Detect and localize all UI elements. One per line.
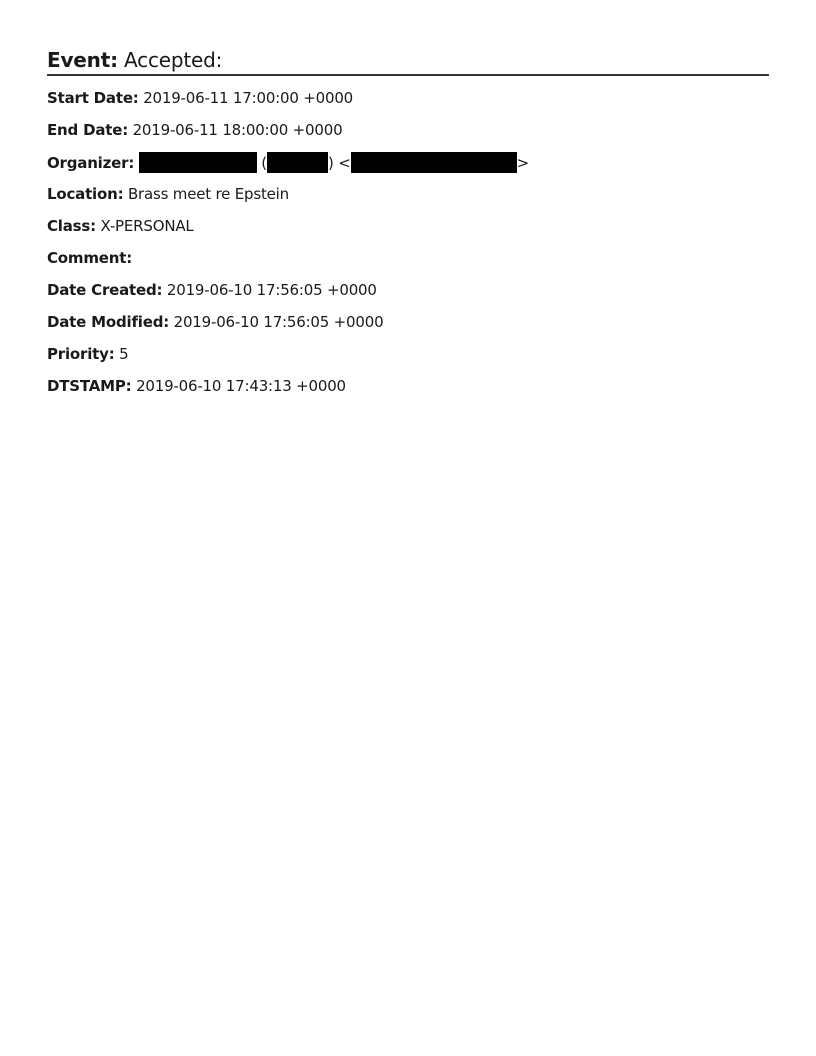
end-date-value: 2019-06-11 18:00:00 +0000 — [133, 121, 343, 139]
event-fields: Start Date: 2019-06-11 17:00:00 +0000 En… — [47, 88, 769, 408]
field-date-modified: Date Modified: 2019-06-10 17:56:05 +0000 — [47, 312, 769, 344]
field-organizer: Organizer: () <> — [47, 152, 769, 184]
end-date-label: End Date: — [47, 121, 128, 139]
priority-value: 5 — [119, 345, 128, 363]
organizer-label: Organizer: — [47, 154, 134, 172]
location-value: Brass meet re Epstein — [128, 185, 289, 203]
comment-label: Comment: — [47, 249, 132, 267]
class-label: Class: — [47, 217, 96, 235]
dtstamp-value: 2019-06-10 17:43:13 +0000 — [136, 377, 346, 395]
redacted-organizer-email — [351, 152, 517, 173]
field-dtstamp: DTSTAMP: 2019-06-10 17:43:13 +0000 — [47, 376, 769, 408]
start-date-value: 2019-06-11 17:00:00 +0000 — [143, 89, 353, 107]
field-priority: Priority: 5 — [47, 344, 769, 376]
date-modified-value: 2019-06-10 17:56:05 +0000 — [174, 313, 384, 331]
dtstamp-label: DTSTAMP: — [47, 377, 131, 395]
event-heading: Event: Accepted: — [47, 47, 769, 76]
event-value: Accepted: — [124, 48, 222, 72]
start-date-label: Start Date: — [47, 89, 139, 107]
event-document: Event: Accepted: Start Date: 2019-06-11 … — [47, 47, 769, 408]
redacted-organizer-name — [139, 152, 257, 173]
field-class: Class: X-PERSONAL — [47, 216, 769, 248]
redacted-organizer-alias — [267, 152, 328, 173]
class-value: X-PERSONAL — [101, 217, 194, 235]
date-created-label: Date Created: — [47, 281, 162, 299]
field-end-date: End Date: 2019-06-11 18:00:00 +0000 — [47, 120, 769, 152]
organizer-close-angle: > — [517, 154, 529, 172]
organizer-open-angle: < — [338, 154, 350, 172]
date-modified-label: Date Modified: — [47, 313, 169, 331]
date-created-value: 2019-06-10 17:56:05 +0000 — [167, 281, 377, 299]
location-label: Location: — [47, 185, 123, 203]
field-comment: Comment: — [47, 248, 769, 280]
field-location: Location: Brass meet re Epstein — [47, 184, 769, 216]
event-label: Event: — [47, 48, 118, 72]
priority-label: Priority: — [47, 345, 115, 363]
organizer-close-paren: ) — [328, 154, 334, 172]
field-start-date: Start Date: 2019-06-11 17:00:00 +0000 — [47, 88, 769, 120]
field-date-created: Date Created: 2019-06-10 17:56:05 +0000 — [47, 280, 769, 312]
